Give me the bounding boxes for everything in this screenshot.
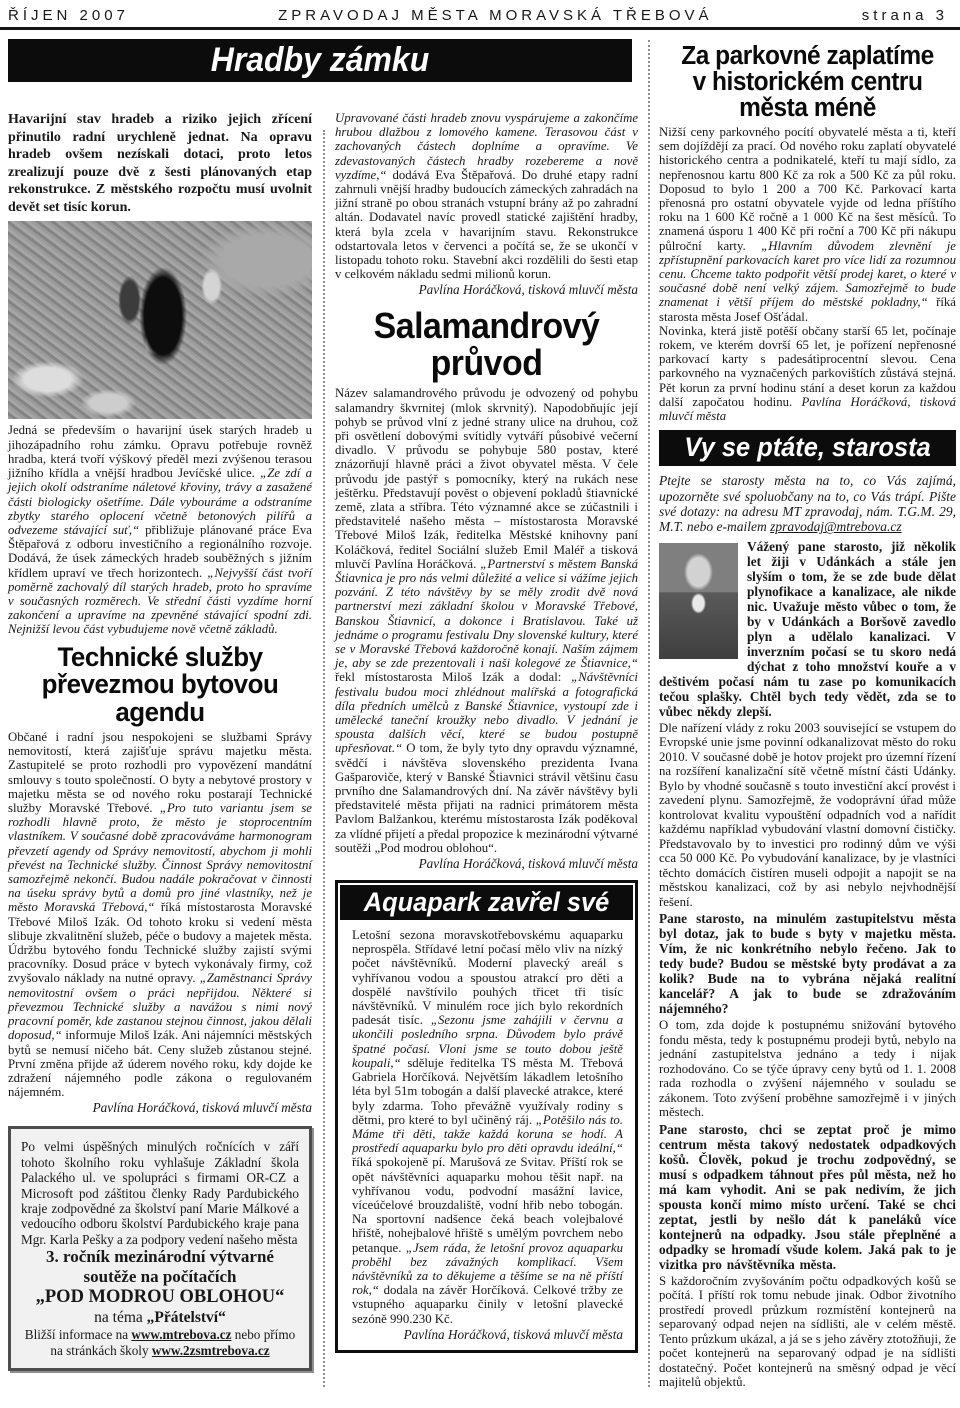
column-separator-left	[323, 130, 325, 1387]
page-content: Hradby zámku Havarijní stav hradeb a riz…	[0, 30, 960, 1392]
question-1-block: Vážený pane starosto, již několik let ži…	[659, 539, 956, 719]
aquapark-headline-text: Aquapark zavřel své brány	[349, 885, 624, 920]
soutez-title-line2: soutěže na počítačích	[21, 1267, 299, 1287]
technicke-headline-line2: převezmou bytovou agendu	[14, 671, 306, 726]
hradby-mid-body: Upravované části hradeb znovu vyspárujem…	[335, 111, 638, 281]
parkovne-body-2: Novinka, která jistě potěší občany starš…	[659, 324, 956, 423]
url-2zsmtrebova[interactable]: www.2zsmtrebova.cz	[152, 1343, 270, 1358]
right-column: Za parkovné zaplatíme v historickém cent…	[648, 38, 960, 1392]
text-run: na téma	[94, 1309, 147, 1326]
parkovne-headline: Za parkovné zaplatíme v historickém cent…	[659, 43, 956, 121]
answer-3: S každoročním zvyšováním počtu odpadkový…	[659, 1274, 956, 1390]
text-run: Nižší ceny parkovného pocítí obyvatelé m…	[659, 125, 956, 253]
technicke-body: Občané i radní jsou nespokojeni se služb…	[8, 730, 312, 1099]
text-run: dodala na závěr Horčíková. Celkové tržby…	[352, 1283, 623, 1325]
soutez-info-line: Bližší informace na www.mtrebova.cz nebo…	[21, 1327, 299, 1358]
starosta-section-headline-text: Vy se ptáte, starosta odpovídá	[668, 430, 947, 466]
soutez-announcement-box: Po velmi úspěšných minulých ročnících v …	[8, 1126, 312, 1371]
soutez-theme-line: na téma „Přátelství“	[21, 1308, 299, 1327]
masthead-page-number: strana 3	[862, 7, 948, 24]
text-run: Bližší informace na	[25, 1327, 132, 1342]
parkovne-headline-line1: Za parkovné zaplatíme	[665, 43, 950, 69]
technicke-headline-line1: Technické služby	[14, 644, 306, 672]
url-mtrebova[interactable]: www.mtrebova.cz	[131, 1327, 231, 1342]
aquapark-body: Letošní sezona moravskotřebovskému aquap…	[340, 926, 633, 1326]
parkovne-body-1: Nižší ceny parkovného pocítí obyvatelé m…	[659, 125, 956, 324]
email-link[interactable]: zpravodaj@mtrebova.cz	[770, 519, 902, 534]
soutez-title-line1: 3. ročník mezinárodní výtvarné	[21, 1247, 299, 1267]
hradby-left-body: Jedná se především o havarijní úsek star…	[8, 423, 312, 636]
aquapark-box: Aquapark zavřel své brány Letošní sezona…	[335, 880, 638, 1353]
parkovne-headline-line2: v historickém centru města méně	[665, 69, 950, 121]
starosta-section-headline: Vy se ptáte, starosta odpovídá	[659, 430, 956, 466]
mayor-photo	[659, 543, 738, 659]
column-separator-right	[648, 40, 650, 1387]
aquapark-headline: Aquapark zavřel své brány	[340, 885, 633, 920]
text-run: O tom, že byly tyto dny opravdu významné…	[335, 741, 638, 854]
text-run: „Partnerství s městem Banská Štiavnica j…	[335, 557, 638, 670]
soutez-intro: Po velmi úspěšných minulých ročnících v …	[21, 1139, 299, 1247]
castle-wall-photo	[8, 221, 312, 419]
question-2: Pane starosto, na minulém zastupitelstvu…	[659, 911, 956, 1016]
technicke-signature: Pavlína Horáčková, tisková mluvčí města	[8, 1100, 312, 1116]
salamandr-headline: Salamandrový průvod	[335, 307, 638, 381]
hradby-zamku-headline: Hradby zámku	[8, 39, 632, 82]
answer-1: Dle nařízení vlády z roku 2003 souvisejí…	[659, 721, 956, 910]
masthead-title: ZPRAVODAJ MĚSTA MORAVSKÁ TŘEBOVÁ	[278, 7, 712, 24]
aquapark-signature: Pavlína Horáčková, tisková mluvčí města	[340, 1327, 633, 1343]
masthead: ŘÍJEN 2007 ZPRAVODAJ MĚSTA MORAVSKÁ TŘEB…	[0, 0, 960, 30]
technicke-sluzby-headline: Technické služby převezmou bytovou agend…	[8, 644, 312, 727]
text-run: dodává Eva Štěpařová. Do druhé etapy rad…	[335, 168, 638, 281]
question-3: Pane starosto, chci se zeptat proč je mi…	[659, 1122, 956, 1272]
salamandr-headline-text: Salamandrový průvod	[344, 307, 629, 381]
salamandr-signature: Pavlína Horáčková, tisková mluvčí města	[335, 856, 638, 872]
hradby-signature: Pavlína Horáčková, tisková mluvčí města	[335, 282, 638, 298]
left-column: Havarijní stav hradeb a riziko jejich zř…	[0, 111, 322, 1392]
masthead-date: ŘÍJEN 2007	[8, 7, 129, 24]
text-run: „Přátelství“	[147, 1309, 226, 1326]
hradby-lead-paragraph: Havarijní stav hradeb a riziko jejich zř…	[8, 111, 312, 217]
text-run: Název salamandrového průvodu je odvozený…	[335, 386, 638, 570]
text-run: řekl místostarosta Miloš Izák a dodal:	[335, 670, 571, 684]
soutez-title-line3: „POD MODROU OBLOHOU“	[21, 1286, 299, 1308]
middle-column: Upravované části hradeb znovu vyspárujem…	[322, 111, 648, 1392]
answer-2: O tom, zda dojde k postupnému snižování …	[659, 1018, 956, 1120]
hradby-zamku-headline-text: Hradby zámku	[27, 39, 614, 81]
starosta-intro: Ptejte se starosty města na to, co Vás z…	[659, 473, 956, 535]
salamandr-body: Název salamandrového průvodu je odvozený…	[335, 386, 638, 855]
text-run: „Pro tuto variantu jsem se rozhodli hlav…	[8, 801, 312, 914]
